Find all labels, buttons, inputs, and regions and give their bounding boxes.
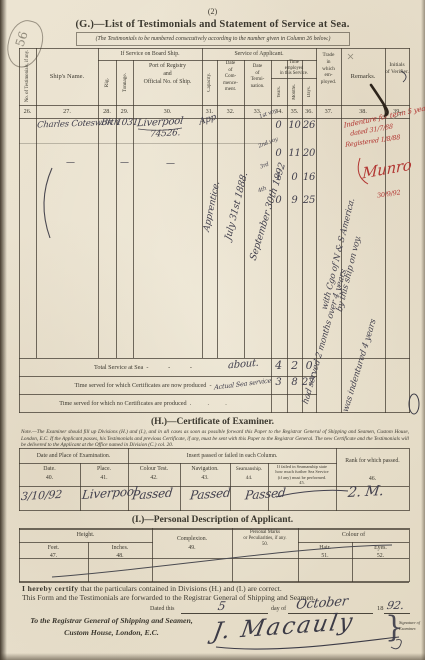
h-header-date: Date. 40. [19, 465, 80, 484]
h-header-fail: If failed in Seamanship state how much f… [268, 464, 336, 485]
col-header-trade: Trade in which em- ployed. [316, 52, 341, 86]
col-header-years: Years. [271, 78, 287, 105]
voyage-marker: 4th [257, 186, 267, 195]
col-header-rig: Rig. [98, 61, 116, 104]
pen-loop-mark [409, 394, 419, 414]
col-num-32: 32. [217, 105, 244, 118]
grid-line [409, 528, 410, 582]
voyage-days: 25 [302, 195, 316, 206]
col-header-remarks: Remarks. [341, 48, 385, 104]
h-header-insert: Insert passed or failed in each Column. [128, 449, 336, 463]
total-years: 4 [272, 359, 285, 372]
signature-label: Signature of Examiner. [399, 620, 423, 631]
certify-statement: I hereby certify that the particulars co… [22, 584, 414, 593]
exam-place-value: Liverpool [81, 484, 138, 502]
col-header-days: Days. [302, 78, 316, 105]
voyage-months: 9 [288, 195, 301, 206]
entry-date-commencement: July 31st 1888. [223, 171, 250, 242]
entry-rig: Bk [100, 118, 113, 128]
grid-line [19, 143, 272, 144]
grid-line [19, 510, 409, 511]
remarks-note: was indentured 4 years [341, 318, 379, 414]
voyage-years: 0 [272, 120, 285, 131]
section-i-title: (I.)—Personal Description of Applicant. [0, 515, 425, 525]
certs-days: 27 [300, 377, 316, 388]
navigation-value: Passed [189, 486, 231, 503]
section-g-title: (G.)—List of Testimonials and Statement … [0, 19, 425, 30]
red-signature: Munro [362, 155, 412, 182]
rank-value: 2. M. [347, 483, 385, 501]
col-header-ship-name: Ship's Name. [36, 48, 98, 104]
i-header-height: Height. [19, 529, 152, 542]
h-header-rank-num: 46. [336, 476, 409, 482]
grid-line [19, 581, 409, 583]
day-of-label: day of [271, 606, 286, 612]
entry-port: Liverpool [136, 116, 183, 129]
entry-official-no: 74526. [150, 128, 181, 140]
i-header-colour-of: Colour of [298, 529, 409, 542]
section-h-title: (H.)—Certificate of Examiner. [0, 417, 425, 427]
page-left-edge [0, 0, 7, 660]
entry-capacity-note: Apprentice. [202, 180, 222, 233]
colour-test-value: Passed [131, 486, 173, 503]
total-days: 0 [302, 359, 316, 372]
exam-date-value: 3/10/92 [20, 488, 62, 503]
no-certs-label: Time served for which no Certificates ar… [19, 395, 269, 412]
col-header-months: Months. [287, 78, 302, 105]
col-num-26: 26. [19, 105, 36, 118]
i-header-eyes: Eyes. 52. [352, 544, 409, 560]
page-number: (2) [0, 7, 425, 16]
certs-years: 3 [272, 377, 285, 388]
ditto-mark: — [66, 158, 75, 168]
h-header-seamanship: Seamanship. 44. [230, 465, 268, 484]
voyage-days: 20 [302, 148, 316, 159]
dot-leader: . . . [190, 400, 229, 407]
voyage-months: 11 [288, 148, 301, 159]
voyage-days: 26 [302, 120, 316, 131]
dated-this-label: Dated this [150, 606, 175, 612]
section-h-note: Note.—The Examiner should fill up Divisi… [21, 429, 409, 449]
total-months: 2 [288, 359, 301, 372]
col-num-36: 36. [302, 105, 316, 118]
ship-ditto-brace [44, 168, 52, 238]
col-header-date-termination: Date of Termi- nation. [244, 64, 271, 90]
h-header-colour-test: Colour Test. 42. [128, 465, 180, 484]
group-header-applicant: Service of Applicant. [202, 48, 316, 60]
i-header-complexion: Complexion. 49. [152, 535, 232, 554]
seamanship-dash [276, 490, 348, 497]
h-header-navigation: Navigation. 43. [180, 465, 230, 484]
dot-leader: - [209, 382, 213, 389]
seamanship-value: Passed [244, 486, 286, 503]
col-header-tonnage: Tonnage. [116, 61, 133, 104]
grid-line [19, 542, 153, 543]
section-g-subtitle: (The Testimonials to be numbered consecu… [76, 32, 350, 46]
certify-gothic: I hereby certify [22, 584, 78, 593]
ditto-mark: — [166, 159, 175, 169]
registrar-address: To the Registrar General of Shipping and… [4, 615, 219, 638]
red-signature-date: 30/9/92 [377, 188, 402, 199]
page-right-edge [421, 0, 425, 660]
col-header-port: Port of Registry and Official No. of Shi… [133, 62, 202, 86]
voyage-years: 0 [272, 195, 285, 206]
col-header-testimonials: No. of Testimonials, if any. [20, 49, 36, 104]
col-header-capacity: Capacity. [202, 61, 217, 104]
h-header-place: Place. 41. [80, 465, 128, 484]
h-header-rank: Rank for which passed. [336, 458, 409, 464]
i-header-hair: Hair. 51. [298, 544, 352, 560]
voyage-months: 10 [288, 120, 301, 131]
voyage-years: 0 [272, 148, 285, 159]
col-header-initials: Initials of Verifier. [385, 62, 409, 77]
entry-tonnage: 1031 [115, 118, 139, 128]
h-header-exam: Date and Place of Examination. [19, 449, 128, 463]
ditto-mark: — [120, 158, 129, 168]
col-num-29: 29. [116, 105, 133, 118]
col-num-28: 28. [98, 105, 116, 118]
i-header-inches: Inches. 48. [88, 544, 152, 560]
i-header-feet: Feet. 47. [19, 544, 88, 560]
voyage-marker: 3rd [259, 162, 270, 171]
year-prefix: 18 [377, 605, 384, 612]
group-header-time-employed: Time employed in this Service. [271, 60, 317, 77]
scanned-form-page: 56 (2) (G.)—List of Testimonials and Sta… [0, 0, 425, 660]
voyage-months: 0 [288, 172, 301, 183]
dot-leader: - - - [146, 364, 194, 371]
voyage-years: 1 [272, 172, 285, 183]
col-num-35: 35. [287, 105, 302, 118]
grid-line [409, 448, 410, 511]
col-num-37: 37. [316, 105, 341, 118]
voyage-days: 16 [302, 172, 316, 183]
col-num-27: 27. [36, 105, 98, 118]
grid-line [19, 412, 410, 413]
page-bottom-edge [0, 653, 425, 660]
group-header-board-ship: If Service on Board Ship. [98, 48, 202, 60]
grid-line [298, 542, 409, 543]
col-header-date-commencement: Date of Com- mence- ment. [217, 61, 244, 94]
examiner-signature: J. Macauly [211, 609, 356, 645]
i-header-marks: Personal Marks or Peculiarities, if any.… [232, 530, 298, 549]
